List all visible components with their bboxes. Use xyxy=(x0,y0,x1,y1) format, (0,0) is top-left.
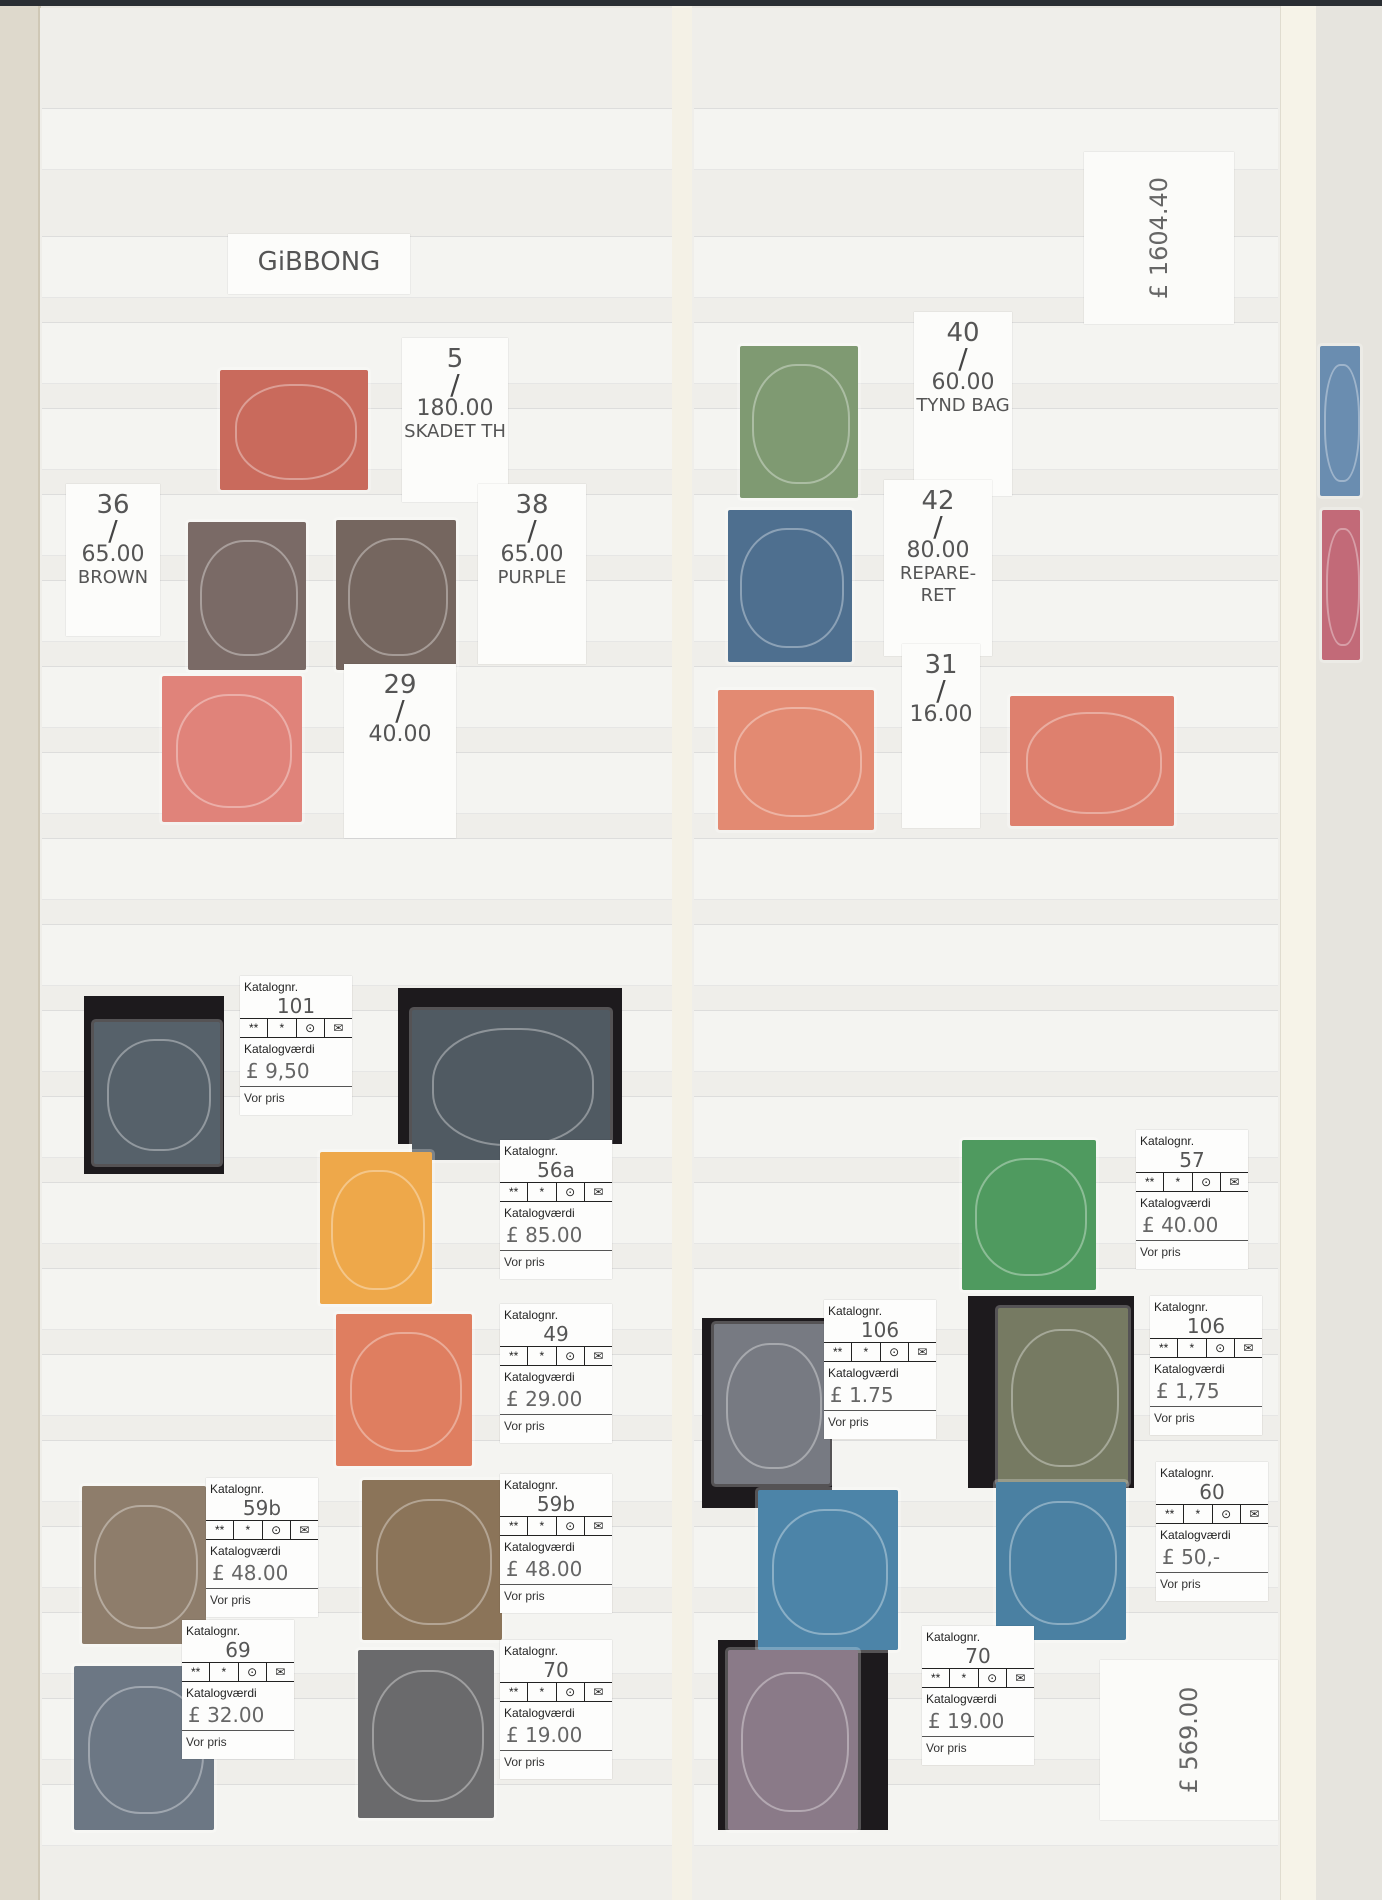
condition-cell: ** xyxy=(1136,1173,1164,1191)
catalog-value-label: Katalogværdi xyxy=(500,1536,612,1554)
condition-cell: ✉ xyxy=(325,1019,352,1037)
our-price-label: Vor pris xyxy=(500,1751,612,1779)
page-total-bottom-text: £ 569.00 xyxy=(1175,1687,1203,1794)
note-value: 80.00 xyxy=(884,538,992,563)
condition-cell: ** xyxy=(824,1343,852,1361)
handwritten-note: 40/60.00TYND BAG xyxy=(914,312,1012,496)
condition-cell: ** xyxy=(1150,1339,1178,1357)
glassine-strip xyxy=(42,924,672,986)
stamp xyxy=(728,1650,858,1830)
catalog-value: £ 19.00 xyxy=(922,1706,1034,1737)
condition-cell: * xyxy=(852,1343,880,1361)
catalogue-card: Katalognr. 106 ***⊙✉ Katalogværdi £ 1.75… xyxy=(824,1300,936,1439)
catalog-number: 101 xyxy=(240,994,352,1018)
our-price-label: Vor pris xyxy=(182,1731,294,1759)
our-price-label: Vor pris xyxy=(206,1589,318,1617)
catalog-value-label: Katalogværdi xyxy=(500,1202,612,1220)
catalog-number: 70 xyxy=(500,1658,612,1682)
catalog-value: £ 40.00 xyxy=(1136,1210,1248,1241)
condition-cell: ** xyxy=(500,1183,528,1201)
stamp xyxy=(336,1314,472,1466)
note-value: 65.00 xyxy=(66,542,160,567)
condition-grid: ***⊙✉ xyxy=(240,1018,352,1038)
stamp xyxy=(162,676,302,822)
condition-cell: ⊙ xyxy=(557,1517,585,1535)
condition-cell: ✉ xyxy=(585,1517,612,1535)
handwritten-note: 5/180.00SKADET TH xyxy=(402,338,508,502)
adjacent-page xyxy=(1316,6,1382,1900)
glassine-strip xyxy=(694,924,1278,986)
note-remark: REPARE-RET xyxy=(884,563,992,607)
condition-cell: ** xyxy=(500,1683,528,1701)
note-divider: / xyxy=(884,516,992,538)
stamp xyxy=(412,1010,610,1160)
catalog-number: 60 xyxy=(1156,1480,1268,1504)
stamp xyxy=(320,1152,432,1304)
catalogue-card: Katalognr. 60 ***⊙✉ Katalogværdi £ 50,- … xyxy=(1156,1462,1268,1601)
catalog-value-label: Katalogværdi xyxy=(240,1038,352,1056)
catalog-number: 49 xyxy=(500,1322,612,1346)
condition-cell: * xyxy=(1164,1173,1192,1191)
stamp xyxy=(336,520,456,670)
condition-cell: ✉ xyxy=(1007,1669,1034,1687)
catalog-number: 59b xyxy=(500,1492,612,1516)
condition-cell: ** xyxy=(1156,1505,1184,1523)
catalog-number-label: Katalognr. xyxy=(240,976,352,994)
catalog-value-label: Katalogværdi xyxy=(1136,1192,1248,1210)
catalog-number: 57 xyxy=(1136,1148,1248,1172)
handwritten-note: 42/80.00REPARE-RET xyxy=(884,480,992,656)
page-total-bottom: £ 569.00 xyxy=(1100,1660,1278,1820)
condition-grid: ***⊙✉ xyxy=(824,1342,936,1362)
condition-cell: * xyxy=(528,1683,556,1701)
stamp xyxy=(758,1490,898,1650)
condition-cell: ⊙ xyxy=(263,1521,291,1539)
condition-cell: ✉ xyxy=(585,1183,612,1201)
note-remark: TYND BAG xyxy=(914,395,1012,417)
catalog-value-label: Katalogværdi xyxy=(206,1540,318,1558)
stamp xyxy=(188,522,306,670)
condition-grid: ***⊙✉ xyxy=(206,1520,318,1540)
condition-cell: ** xyxy=(206,1521,234,1539)
condition-grid: ***⊙✉ xyxy=(1136,1172,1248,1192)
note-divider: / xyxy=(66,520,160,542)
condition-grid: ***⊙✉ xyxy=(182,1662,294,1682)
gibbons-label-text: GiBBONG xyxy=(258,247,381,277)
condition-cell: ** xyxy=(922,1669,950,1687)
condition-grid: ***⊙✉ xyxy=(1150,1338,1262,1358)
catalog-value-label: Katalogværdi xyxy=(1156,1524,1268,1542)
note-divider: / xyxy=(344,700,456,722)
condition-cell: ⊙ xyxy=(1213,1505,1241,1523)
catalog-number: 106 xyxy=(824,1318,936,1342)
catalog-value: £ 85.00 xyxy=(500,1220,612,1251)
album-binding xyxy=(0,6,41,1900)
catalogue-card: Katalognr. 56a ***⊙✉ Katalogværdi £ 85.0… xyxy=(500,1140,612,1279)
condition-grid: ***⊙✉ xyxy=(500,1346,612,1366)
catalogue-card: Katalognr. 70 ***⊙✉ Katalogværdi £ 19.00… xyxy=(922,1626,1034,1765)
condition-cell: * xyxy=(234,1521,262,1539)
catalog-number-label: Katalognr. xyxy=(500,1640,612,1658)
page-margin xyxy=(1280,6,1317,1900)
condition-cell: ** xyxy=(500,1347,528,1365)
condition-cell: ⊙ xyxy=(239,1663,267,1681)
catalog-value: £ 48.00 xyxy=(206,1558,318,1589)
catalog-value-label: Katalogværdi xyxy=(500,1702,612,1720)
handwritten-note: 29/40.00 xyxy=(344,664,456,838)
condition-grid: ***⊙✉ xyxy=(500,1516,612,1536)
catalogue-card: Katalognr. 57 ***⊙✉ Katalogværdi £ 40.00… xyxy=(1136,1130,1248,1269)
catalog-number-label: Katalognr. xyxy=(206,1478,318,1496)
condition-cell: ⊙ xyxy=(557,1683,585,1701)
catalog-value-label: Katalogværdi xyxy=(500,1366,612,1384)
our-price-label: Vor pris xyxy=(500,1585,612,1613)
catalog-number: 56a xyxy=(500,1158,612,1182)
catalog-value-label: Katalogværdi xyxy=(1150,1358,1262,1376)
condition-cell: ✉ xyxy=(585,1347,612,1365)
catalog-value-label: Katalogværdi xyxy=(182,1682,294,1700)
condition-cell: ⊙ xyxy=(1193,1173,1221,1191)
catalogue-card: Katalognr. 49 ***⊙✉ Katalogværdi £ 29.00… xyxy=(500,1304,612,1443)
stamp xyxy=(358,1650,494,1818)
catalog-number-label: Katalognr. xyxy=(182,1620,294,1638)
catalog-number: 59b xyxy=(206,1496,318,1520)
condition-cell: ⊙ xyxy=(979,1669,1007,1687)
stamp xyxy=(1010,696,1174,826)
catalogue-card: Katalognr. 59b ***⊙✉ Katalogværdi £ 48.0… xyxy=(206,1478,318,1617)
catalog-value: £ 50,- xyxy=(1156,1542,1268,1573)
note-divider: / xyxy=(914,348,1012,370)
condition-cell: ✉ xyxy=(1235,1339,1262,1357)
condition-cell: * xyxy=(210,1663,238,1681)
our-price-label: Vor pris xyxy=(1156,1573,1268,1601)
note-divider: / xyxy=(402,374,508,396)
condition-cell: ⊙ xyxy=(557,1347,585,1365)
condition-cell: ** xyxy=(182,1663,210,1681)
catalog-number: 70 xyxy=(922,1644,1034,1668)
note-value: 180.00 xyxy=(402,396,508,421)
catalogue-card: Katalognr. 101 ***⊙✉ Katalogværdi £ 9,50… xyxy=(240,976,352,1115)
note-remark: BROWN xyxy=(66,567,160,589)
stamp xyxy=(1322,510,1360,660)
stamp xyxy=(362,1480,502,1640)
note-value: 40.00 xyxy=(344,722,456,747)
gibbons-label: GiBBONG xyxy=(228,234,410,294)
stamp xyxy=(220,370,368,490)
catalog-value: £ 9,50 xyxy=(240,1056,352,1087)
condition-cell: * xyxy=(528,1183,556,1201)
our-price-label: Vor pris xyxy=(500,1415,612,1443)
catalog-number-label: Katalognr. xyxy=(824,1300,936,1318)
page-total-top-text: £ 1604.40 xyxy=(1145,177,1173,299)
handwritten-note: 38/65.00PURPLE xyxy=(478,484,586,664)
our-price-label: Vor pris xyxy=(240,1087,352,1115)
glassine-strip xyxy=(42,108,672,170)
condition-cell: ⊙ xyxy=(297,1019,325,1037)
stamp xyxy=(962,1140,1096,1290)
our-price-label: Vor pris xyxy=(824,1411,936,1439)
glassine-strip xyxy=(42,838,672,900)
note-value: 16.00 xyxy=(902,702,980,727)
stamp xyxy=(998,1308,1128,1484)
catalogue-card: Katalognr. 69 ***⊙✉ Katalogværdi £ 32.00… xyxy=(182,1620,294,1759)
glassine-strip xyxy=(694,838,1278,900)
condition-cell: ** xyxy=(240,1019,268,1037)
stamp xyxy=(714,1324,830,1484)
stamp xyxy=(718,690,874,830)
condition-cell: ✉ xyxy=(909,1343,936,1361)
catalogue-card: Katalognr. 59b ***⊙✉ Katalogværdi £ 48.0… xyxy=(500,1474,612,1613)
note-divider: / xyxy=(902,680,980,702)
stamp xyxy=(740,346,858,498)
catalog-value-label: Katalogværdi xyxy=(824,1362,936,1380)
condition-cell: ** xyxy=(500,1517,528,1535)
condition-cell: * xyxy=(268,1019,296,1037)
condition-grid: ***⊙✉ xyxy=(922,1668,1034,1688)
condition-grid: ***⊙✉ xyxy=(500,1682,612,1702)
page-gutter xyxy=(672,6,692,1900)
catalog-number-label: Katalognr. xyxy=(500,1304,612,1322)
condition-cell: ✉ xyxy=(291,1521,318,1539)
catalog-value: £ 32.00 xyxy=(182,1700,294,1731)
catalog-number-label: Katalognr. xyxy=(500,1140,612,1158)
our-price-label: Vor pris xyxy=(922,1737,1034,1765)
note-divider: / xyxy=(478,520,586,542)
stamp xyxy=(728,510,852,662)
condition-cell: ✉ xyxy=(1241,1505,1268,1523)
page-total-top: £ 1604.40 xyxy=(1084,152,1234,324)
catalog-number: 106 xyxy=(1150,1314,1262,1338)
catalog-number-label: Katalognr. xyxy=(922,1626,1034,1644)
handwritten-note: 36/65.00BROWN xyxy=(66,484,160,636)
handwritten-note: 31/16.00 xyxy=(902,644,980,828)
condition-cell: ✉ xyxy=(585,1683,612,1701)
condition-cell: ⊙ xyxy=(881,1343,909,1361)
catalog-value: £ 29.00 xyxy=(500,1384,612,1415)
stamp xyxy=(1320,346,1360,496)
note-value: 60.00 xyxy=(914,370,1012,395)
condition-cell: ✉ xyxy=(1221,1173,1248,1191)
condition-cell: * xyxy=(1178,1339,1206,1357)
note-remark: PURPLE xyxy=(478,567,586,589)
stamp xyxy=(94,1022,220,1164)
stamp xyxy=(996,1482,1126,1640)
catalog-number-label: Katalognr. xyxy=(1156,1462,1268,1480)
condition-cell: * xyxy=(528,1347,556,1365)
our-price-label: Vor pris xyxy=(1150,1407,1262,1435)
catalog-number-label: Katalognr. xyxy=(1150,1296,1262,1314)
condition-cell: * xyxy=(950,1669,978,1687)
catalog-number-label: Katalognr. xyxy=(500,1474,612,1492)
condition-cell: ⊙ xyxy=(557,1183,585,1201)
catalog-value: £ 48.00 xyxy=(500,1554,612,1585)
catalogue-card: Katalognr. 106 ***⊙✉ Katalogværdi £ 1,75… xyxy=(1150,1296,1262,1435)
catalog-value: £ 1,75 xyxy=(1150,1376,1262,1407)
catalogue-card: Katalognr. 70 ***⊙✉ Katalogværdi £ 19.00… xyxy=(500,1640,612,1779)
condition-cell: * xyxy=(1184,1505,1212,1523)
condition-cell: ✉ xyxy=(267,1663,294,1681)
catalog-number: 69 xyxy=(182,1638,294,1662)
condition-grid: ***⊙✉ xyxy=(500,1182,612,1202)
note-value: 65.00 xyxy=(478,542,586,567)
catalog-value: £ 1.75 xyxy=(824,1380,936,1411)
condition-cell: ⊙ xyxy=(1207,1339,1235,1357)
glassine-strip xyxy=(694,1010,1278,1072)
our-price-label: Vor pris xyxy=(1136,1241,1248,1269)
condition-grid: ***⊙✉ xyxy=(1156,1504,1268,1524)
condition-cell: * xyxy=(528,1517,556,1535)
our-price-label: Vor pris xyxy=(500,1251,612,1279)
catalog-number-label: Katalognr. xyxy=(1136,1130,1248,1148)
catalog-value-label: Katalogværdi xyxy=(922,1688,1034,1706)
catalog-value: £ 19.00 xyxy=(500,1720,612,1751)
note-remark: SKADET TH xyxy=(402,421,508,443)
